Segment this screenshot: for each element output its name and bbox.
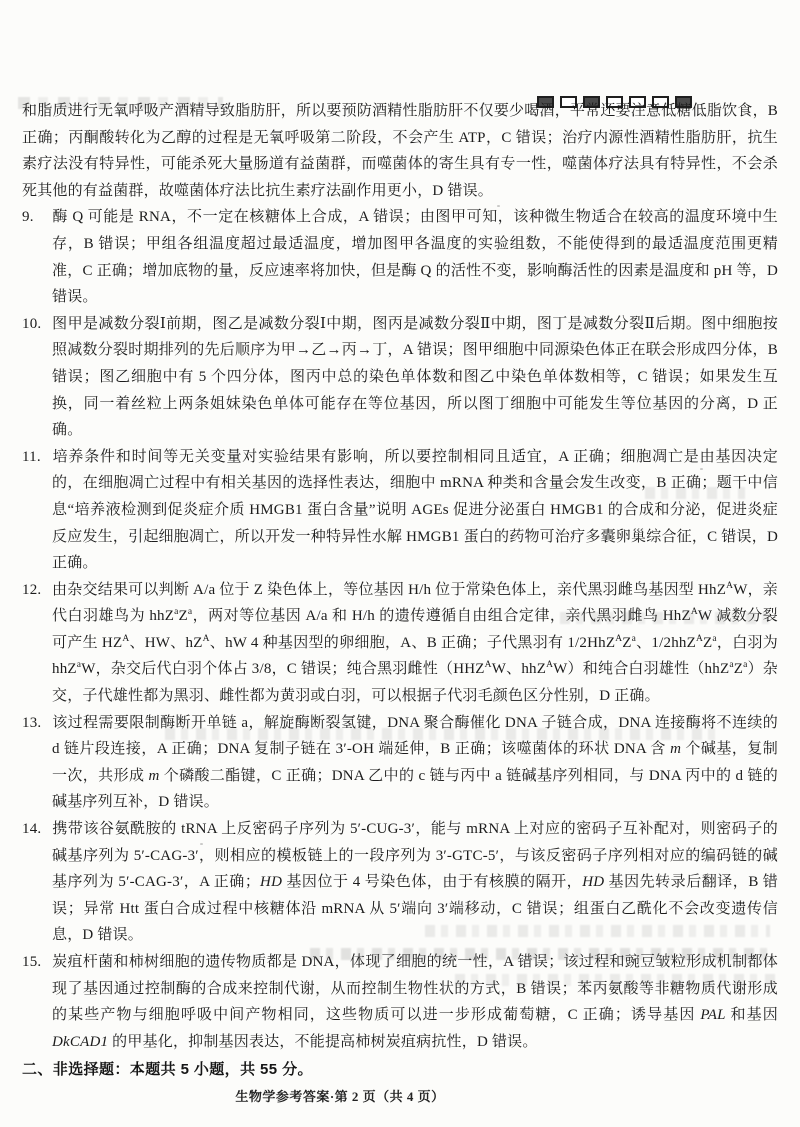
answer-item-12: 12.由杂交结果可以判断 A/a 位于 Z 染色体上，等位基因 H/h 位于常染…: [22, 577, 778, 710]
bleed-through-text: [645, 487, 745, 499]
item-text: 由杂交结果可以判断 A/a 位于 Z 染色体上，等位基因 H/h 位于常染色体上…: [52, 582, 778, 704]
scan-speck: [200, 843, 203, 845]
answer-item-9: 9.酶 Q 可能是 RNA，不一定在核糖体上合成，A 错误；由图甲可知，该种微生…: [22, 204, 778, 310]
page-footer: 生物学参考答案·第 2 页（共 4 页）: [0, 1084, 718, 1111]
section-heading: 二、非选择题：本题共 5 小题，共 55 分。: [22, 1057, 778, 1084]
answer-item-10: 10.图甲是减数分裂Ⅰ前期，图乙是减数分裂Ⅰ中期，图丙是减数分裂Ⅱ中期，图丁是减…: [22, 311, 778, 444]
item-number: 13.: [22, 710, 52, 737]
scan-speck: [700, 468, 703, 470]
bleed-through-text: [455, 974, 775, 986]
item-text: 图甲是减数分裂Ⅰ前期，图乙是减数分裂Ⅰ中期，图丙是减数分裂Ⅱ中期，图丁是减数分裂…: [52, 316, 778, 438]
bleed-through-text: [165, 728, 720, 740]
item-number: 15.: [22, 949, 52, 976]
item-number: 11.: [22, 444, 52, 471]
item-text: 酶 Q 可能是 RNA，不一定在核糖体上合成，A 错误；由图甲可知，该种微生物适…: [52, 209, 778, 305]
item-number: 12.: [22, 577, 52, 604]
bleed-through-text: [560, 612, 770, 624]
item-number: 10.: [22, 311, 52, 338]
bleed-through-text: [310, 948, 775, 960]
item-text: 培养条件和时间等无关变量对实验结果有影响，所以要控制相同且适宜，A 正确；细胞凋…: [52, 449, 778, 571]
answer-item-15: 15.炭疽杆菌和柿树细胞的遗传物质都是 DNA，体现了细胞的统一性，A 错误；该…: [22, 949, 778, 1055]
bleed-through-text: [425, 925, 770, 937]
answer-item-8-continuation: 和脂质进行无氧呼吸产酒精导致脂肪肝，所以要预防酒精性脂肪肝不仅要少喝酒，平常还要…: [22, 98, 778, 204]
item-number: 14.: [22, 816, 52, 843]
scan-speck: [497, 205, 500, 207]
item-text: 和脂质进行无氧呼吸产酒精导致脂肪肝，所以要预防酒精性脂肪肝不仅要少喝酒，平常还要…: [22, 103, 778, 199]
answer-item-13: 13.该过程需要限制酶断开单链 a，解旋酶断裂氢键，DNA 聚合酶催化 DNA …: [22, 710, 778, 816]
item-number: 9.: [22, 204, 52, 231]
answer-item-11: 11.培养条件和时间等无关变量对实验结果有影响，所以要控制相同且适宜，A 正确；…: [22, 444, 778, 577]
scanned-answer-sheet-page: 和脂质进行无氧呼吸产酒精导致脂肪肝，所以要预防酒精性脂肪肝不仅要少喝酒，平常还要…: [0, 0, 800, 1127]
item-text: 炭疽杆菌和柿树细胞的遗传物质都是 DNA，体现了细胞的统一性，A 错误；该过程和…: [52, 954, 778, 1050]
